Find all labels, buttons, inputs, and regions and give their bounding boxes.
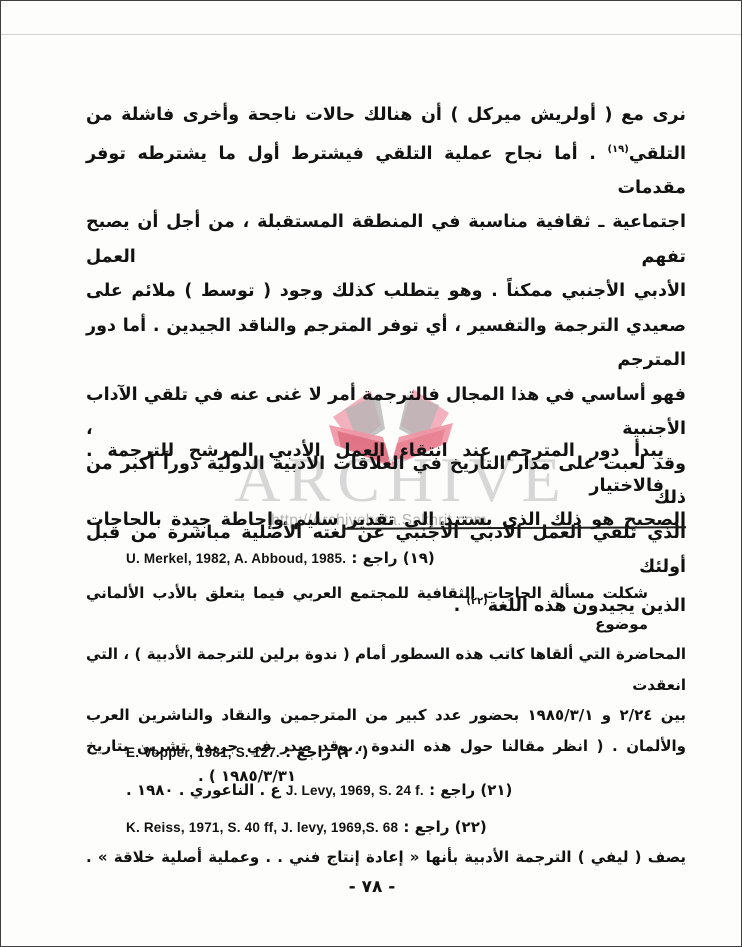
text-line: يصف ( ليفي ) الترجمة الأدبية بأنها « إعا…	[86, 842, 686, 873]
text-line: التلقي(١٩) . أما نجاح عملية التلقي فيشتر…	[86, 133, 686, 206]
text-line: بين ٢/٢٤ و ١٩٨٥/٣/١ بحضور عدد كبير من ال…	[86, 700, 686, 731]
text-line: اجتماعية ـ ثقافية مناسبة في المنطقة المس…	[86, 205, 686, 274]
page-number: - ٧٨ -	[1, 877, 742, 897]
footnote-21: (٢١) راجع : J. Levy, 1969, S. 24 f. ع . …	[86, 775, 726, 807]
text-line: يبدأ دور المترجم عند انتقاء العمل الأدبي…	[86, 434, 686, 503]
text-line: الأدبي الأجنبي ممكناً . وهو يتطلب كذلك و…	[86, 274, 686, 309]
footnote-label: (١٩) راجع :	[351, 549, 434, 567]
body-paragraph-2: يبدأ دور المترجم عند انتقاء العمل الأدبي…	[86, 434, 686, 538]
footnote-reference: U. Merkel, 1982, A. Abboud, 1985.	[126, 551, 346, 566]
footnote-marker-19: (١٩)	[607, 144, 628, 155]
text-segment: التلقي	[629, 143, 686, 163]
text-line: صعيدي الترجمة والتفسير ، أي توفر المترجم…	[86, 309, 686, 378]
footnote-20: (٢٠) راجع : E. Vopper, 1981, S. 127.	[86, 737, 726, 769]
scanned-book-page: ARCHIVE http://Archivebeta.Sakhrit.com ن…	[0, 0, 742, 947]
footnote-reference: K. Reiss, 1971, S. 40 ff, J. levy, 1969,…	[126, 820, 398, 835]
footnote-tail: ع . الناعوري . ١٩٨٠ .	[126, 781, 281, 799]
text-line: نرى مع ( أولريش ميركل ) أن هنالك حالات ن…	[86, 98, 686, 133]
footnote-levy-line: يصف ( ليفي ) الترجمة الأدبية بأنها « إعا…	[86, 842, 686, 873]
footnote-19: (١٩) راجع : U. Merkel, 1982, A. Abboud, …	[86, 543, 726, 575]
footnote-label: (٢١) راجع :	[429, 781, 512, 799]
text-line: المحاضرة التي ألقاها كاتب هذه السطور أما…	[86, 639, 686, 700]
text-line: شكلت مسألة الحاجات الثقافية للمجتمع العر…	[86, 578, 686, 639]
footnote-reference: J. Levy, 1969, S. 24 f.	[286, 783, 424, 798]
text-line: الصحيح هو ذلك الذي يستند إلى تقدير سليم …	[86, 503, 686, 538]
footnote-label: (٢٠) راجع :	[285, 743, 368, 761]
footnote-label: (٢٢) راجع :	[403, 818, 486, 836]
text-segment: . أما نجاح عملية التلقي فيشترط أول ما يش…	[86, 143, 686, 198]
scan-artifact-line	[1, 34, 742, 35]
footnote-reference: E. Vopper, 1981, S. 127.	[126, 745, 280, 760]
footnote-22: (٢٢) راجع : K. Reiss, 1971, S. 40 ff, J.…	[86, 812, 726, 844]
